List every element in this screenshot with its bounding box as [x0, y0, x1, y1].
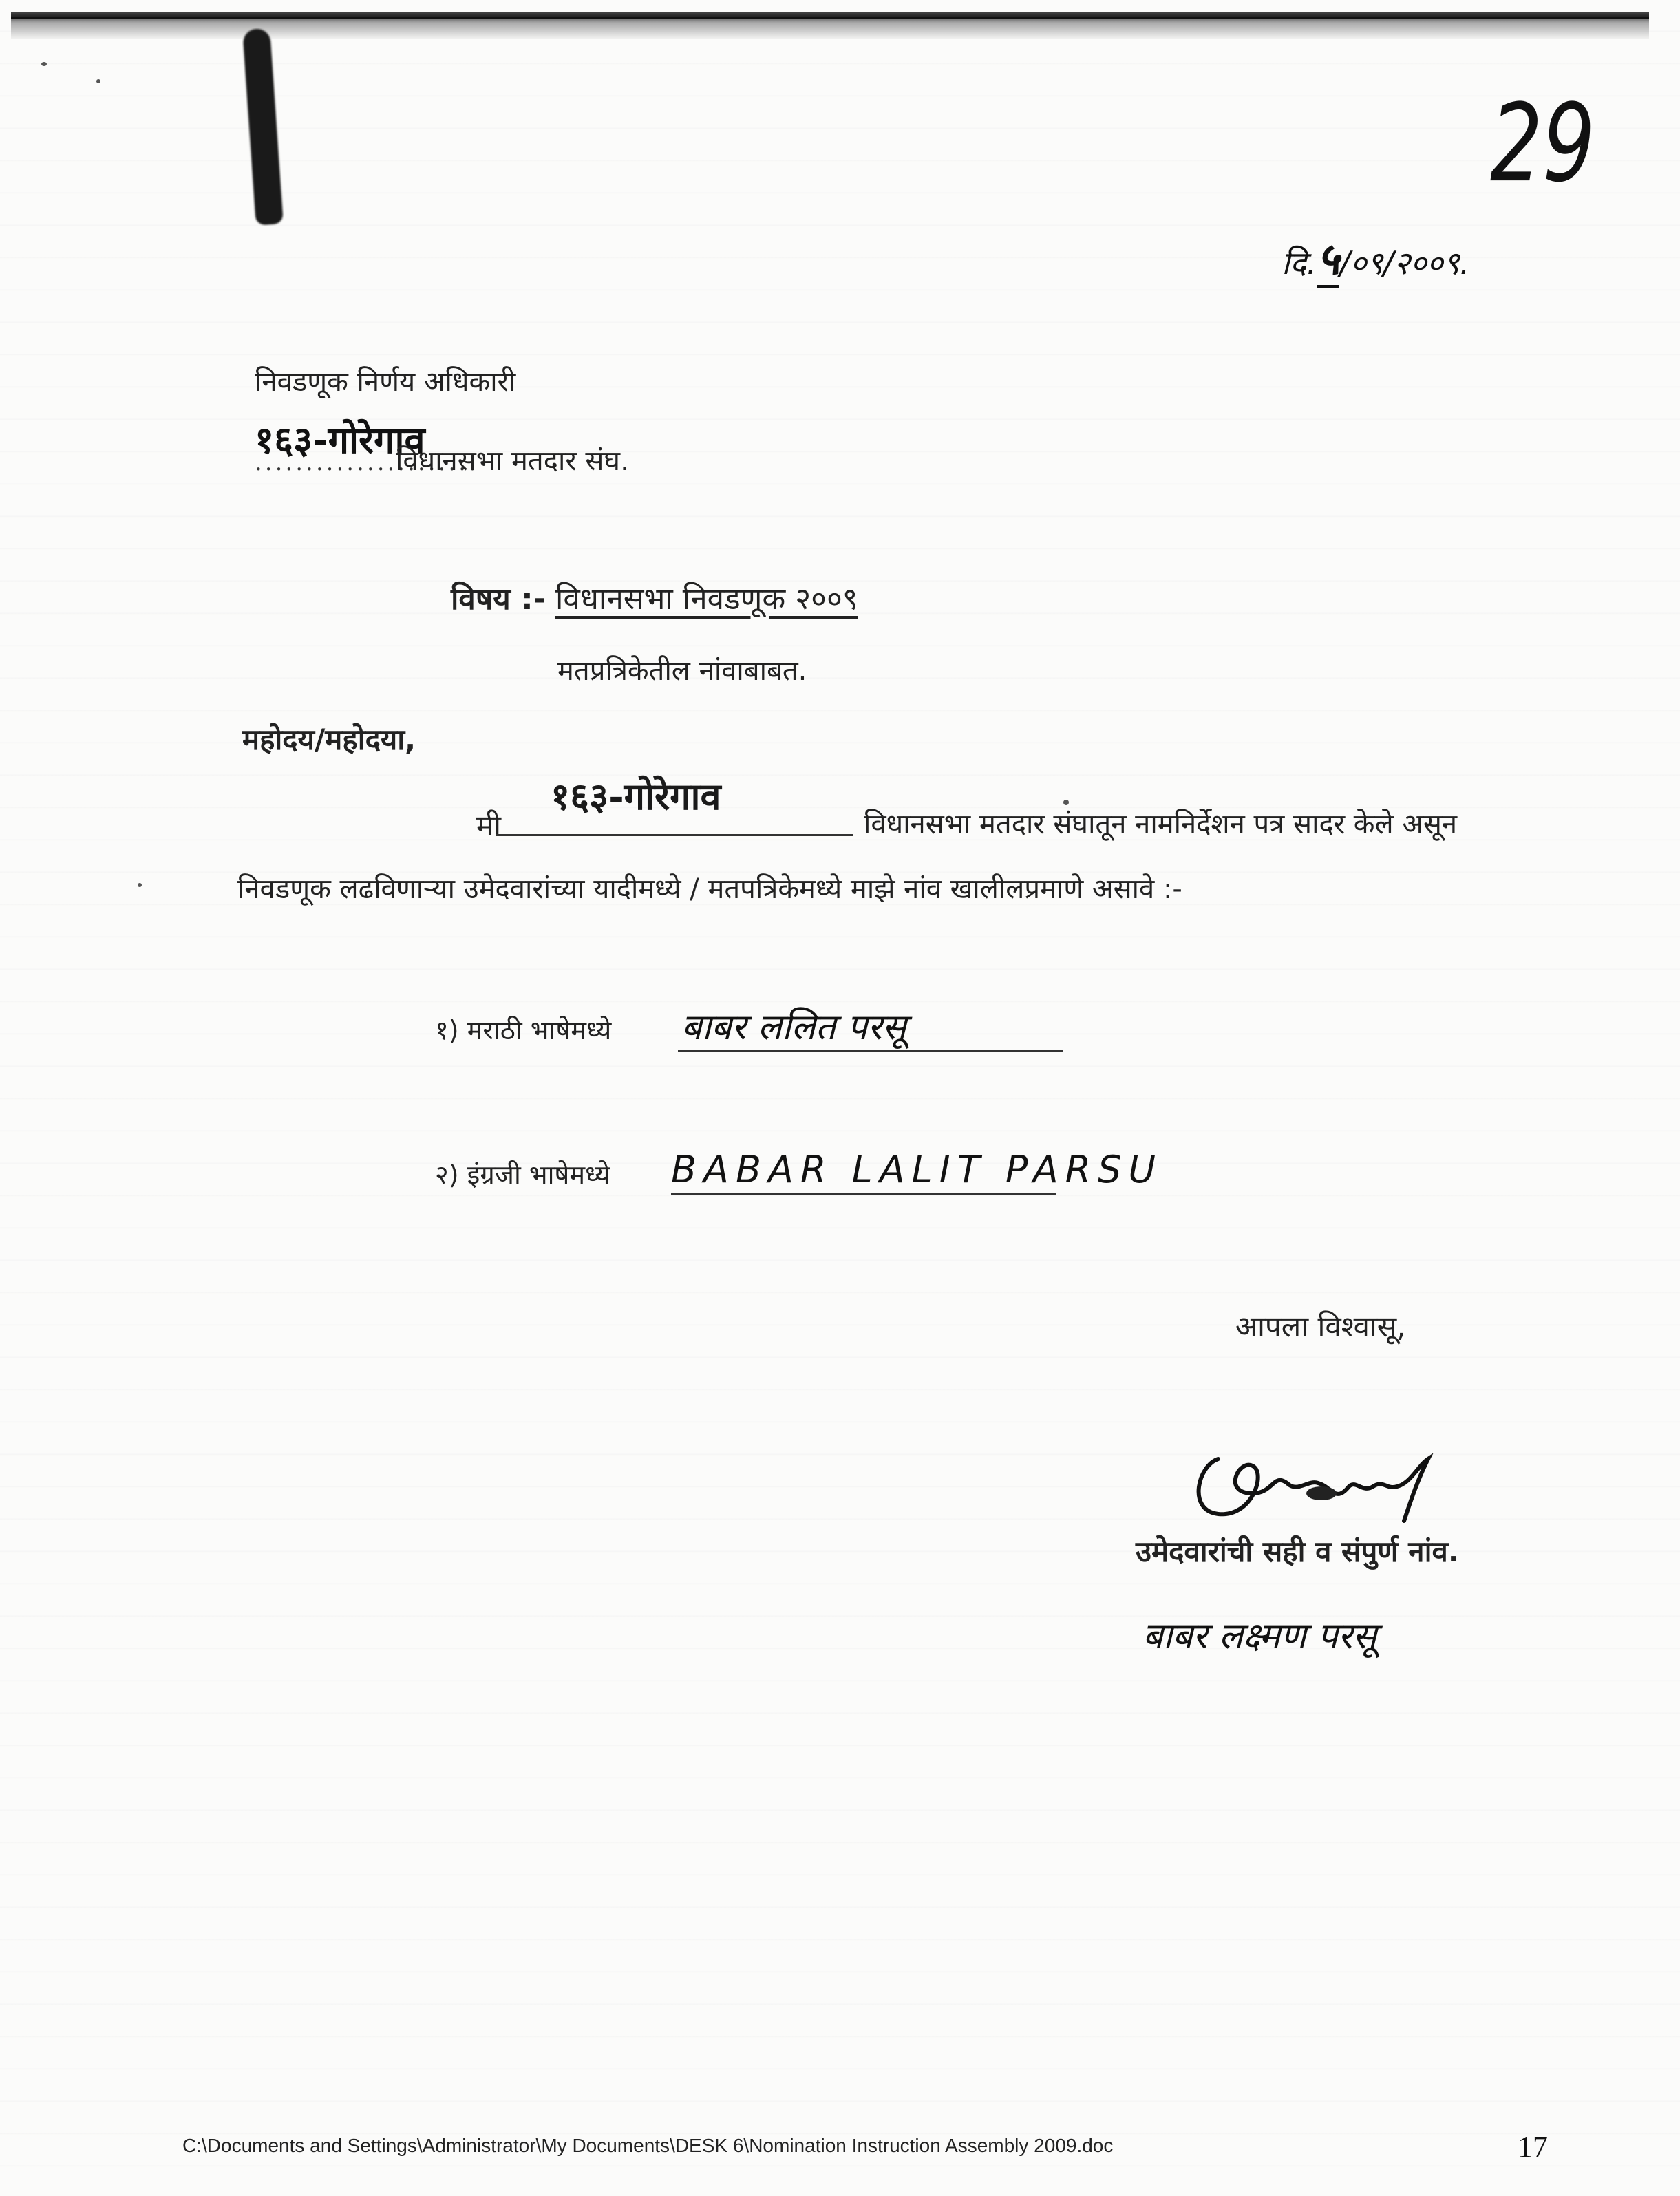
signature-full-name: बाबर लक्ष्मण परसू — [1142, 1610, 1376, 1659]
subject-text: विधानसभा निवडणूक २००९ — [555, 582, 858, 617]
scan-speck — [138, 883, 142, 887]
scan-texture — [0, 0, 1680, 2196]
item-marathi-underline — [678, 1050, 1063, 1052]
item-marathi-value: बाबर ललित परसू — [681, 1001, 906, 1050]
date-day: ५ — [1317, 234, 1339, 288]
subject-line: विषय :- विधानसभा निवडणूक २००९ — [451, 577, 858, 618]
body-constituency-fill: १६३-गोरेगाव — [551, 769, 721, 820]
signature-caption: उमेदवारांची सही व संपुर्ण नांव. — [1136, 1531, 1459, 1570]
date-prefix: दि. — [1282, 244, 1317, 281]
subject-label: विषय :- — [451, 582, 546, 617]
date: दि.५/०९/२००९. — [1282, 227, 1469, 287]
addressee-constituency-label: विधानसभा मतदार संघ. — [396, 440, 629, 478]
body-line-1: विधानसभा मतदार संघातून नामनिर्देशन पत्र … — [864, 804, 1457, 842]
handwritten-page-number: 29 — [1490, 82, 1595, 206]
salutation: महोदय/महोदया, — [242, 719, 416, 758]
addressee-title: निवडणूक निर्णय अधिकारी — [255, 361, 515, 399]
date-rest: /०९/२००९. — [1339, 244, 1469, 281]
closing: आपला विश्वासू, — [1235, 1306, 1406, 1345]
footer-file-path: C:\Documents and Settings\Administrator\… — [182, 2135, 1113, 2157]
item-english-value: BABAR LALIT PARSU — [671, 1148, 1162, 1191]
scan-speck — [96, 79, 100, 83]
item-english-underline — [671, 1193, 1056, 1195]
item-marathi-label: १) मराठी भाषेमध्ये — [435, 1012, 611, 1047]
footer-page-number: 17 — [1518, 2129, 1548, 2164]
body-fill-underline — [496, 834, 853, 836]
body-line-2: निवडणूक लढविणाऱ्या उमेदवारांच्या यादीमध्… — [237, 868, 1182, 906]
item-english-label: २) इंग्रजी भाषेमध्ये — [435, 1156, 610, 1192]
body-mi: मी — [476, 805, 501, 844]
subject-line-2: मतप्रत्रिकेतील नांवाबाबत. — [557, 650, 807, 688]
binding-mark — [242, 28, 284, 226]
signature — [1191, 1445, 1466, 1528]
scan-speck — [41, 62, 47, 66]
